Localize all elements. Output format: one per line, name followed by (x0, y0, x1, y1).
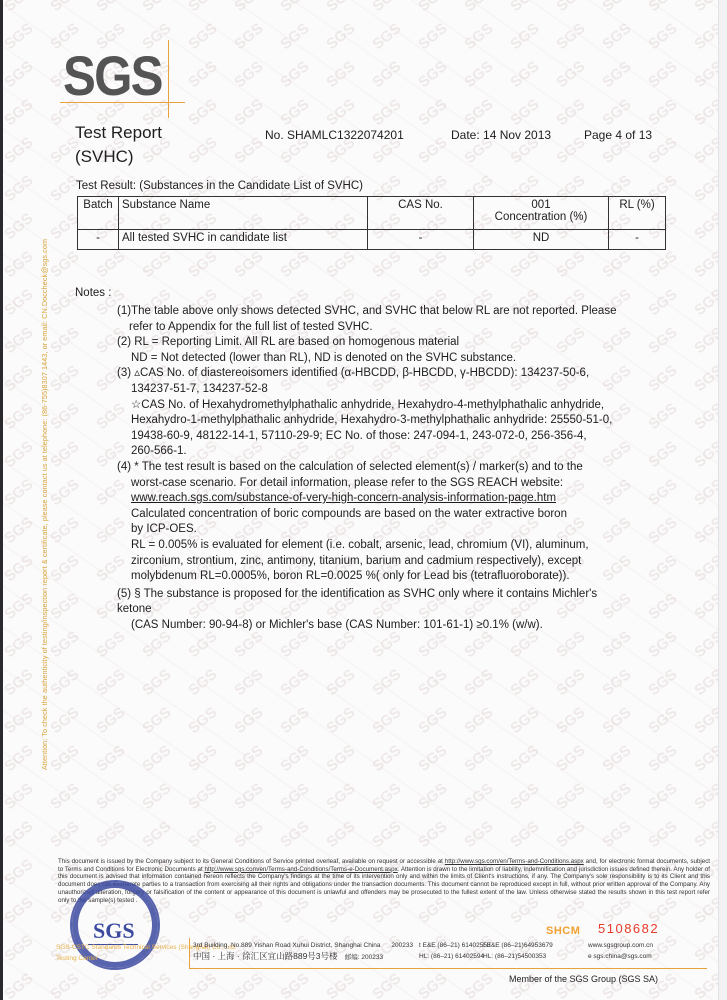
address-block: 3rd Building, No.889 Yishan Road Xuhui D… (193, 940, 413, 963)
stamp-logo-text: SGS (93, 918, 135, 944)
serial-number: 5108682 (598, 921, 659, 936)
note-1-line1: (1)The table above only shows detected S… (117, 304, 617, 320)
note-4-line1: (4) * The test result is based on the ca… (117, 460, 617, 476)
report-number: No. SHAMLC1322074201 (265, 128, 404, 142)
legal-disclaimer: This document is issued by the Company s… (58, 858, 710, 904)
note-3-line2: 134237-51-7, 134237-52-8 (117, 382, 617, 398)
svhc-result-table: Batch Substance Name CAS No. 001 Concent… (77, 196, 666, 250)
note-4-line7: molybdenum RL=0.0005%, boron RL=0.0025 %… (117, 569, 617, 585)
note-4-link-line: www.reach.sgs.com/substance-of-very-high… (117, 491, 617, 507)
page-number: Page 4 of 13 (584, 128, 652, 142)
fax-hl: HL: (86–21)54500353 (483, 951, 553, 962)
note-4-line2: worst-case scenario. For detail informat… (117, 476, 617, 492)
web-email-block: www.sgsgroup.com.cn e sgs.china@sgs.com (588, 940, 653, 962)
note-3-line1: (3) ▵CAS No. of diastereoisomers identif… (117, 366, 617, 382)
fax-ee: f E&E (86–21)64953679 (483, 940, 553, 951)
note-3-line5: 19438-60-9, 48122-14-1, 57110-29-9; EC N… (117, 429, 617, 445)
cell-concentration: ND (474, 230, 609, 250)
terms-link[interactable]: http://www.sgs.com/en/Terms-and-Conditio… (445, 858, 584, 865)
note-4-line6: zirconium, strontium, zinc, antimony, ti… (117, 554, 617, 570)
email[interactable]: e sgs.china@sgs.com (588, 951, 653, 962)
note-3-line6: 260-566-1. (117, 444, 617, 460)
member-text: Member of the SGS Group (SGS SA) (509, 974, 658, 984)
col-concentration: 001 Concentration (%) (474, 197, 609, 230)
note-4-line4: by ICP-OES. (117, 522, 617, 538)
concentration-label: Concentration (%) (477, 211, 605, 223)
scan-left-edge (0, 0, 3, 1000)
sgs-logo: SGS (63, 48, 162, 104)
phone-block: t E&E (86–21) 61402553 HL: (86–21) 61402… (419, 940, 491, 962)
logo-vertical-rule (168, 40, 169, 118)
authenticity-side-note: Attention: To check the authenticity of … (40, 170, 49, 770)
cell-cas: - (368, 230, 474, 250)
fax-block: f E&E (86–21)64953679 HL: (86–21)5450035… (483, 940, 553, 962)
note-3-line4: Hexahydro-1-methylphathalic anhydride, H… (117, 413, 617, 429)
website[interactable]: www.sgsgroup.com.cn (588, 940, 653, 951)
cell-rl: - (609, 230, 666, 250)
shcm-label: SHCM (546, 925, 580, 937)
report-title-line1: Test Report (75, 121, 162, 145)
logo-horizontal-rule (60, 102, 185, 103)
tel-ee: t E&E (86–21) 61402553 (419, 940, 491, 951)
scan-right-edge (718, 0, 727, 1000)
tel-hl: HL: (86–21) 61402594 (419, 951, 491, 962)
address-divider (189, 938, 190, 968)
col-cas-no: CAS No. (368, 197, 474, 230)
result-caption: Test Result: (Substances in the Candidat… (76, 180, 363, 192)
note-5-line1: (5) § The substance is proposed for the … (117, 587, 617, 618)
report-date: Date: 14 Nov 2013 (451, 128, 551, 142)
note-2-line1: (2) RL = Reporting Limit. All RL are bas… (117, 335, 617, 351)
footer-rule (189, 968, 707, 969)
col-substance-name: Substance Name (119, 197, 368, 230)
note-4-line3: Calculated concentration of boric compou… (117, 507, 617, 523)
note-3-line3: ☆CAS No. of Hexahydromethylphathalic anh… (117, 398, 617, 414)
notes-label: Notes : (75, 287, 111, 299)
notes-list: (1)The table above only shows detected S… (117, 304, 617, 633)
sgs-reach-link[interactable]: www.reach.sgs.com/substance-of-very-high… (131, 492, 556, 504)
report-title: Test Report (SVHC) (75, 121, 162, 169)
postcode-en: 200233 (391, 942, 413, 949)
postcode-cn: 邮编: 200233 (345, 954, 383, 961)
e-document-terms-link[interactable]: http://www.sgs.com/en/Terms-and-Conditio… (204, 866, 397, 873)
note-1-line2: refer to Appendix for the full list of t… (117, 320, 617, 336)
report-title-line2: (SVHC) (75, 145, 162, 169)
note-5-line2: (CAS Number: 90-94-8) or Michler's base … (117, 618, 617, 634)
table-header-row: Batch Substance Name CAS No. 001 Concent… (78, 197, 666, 230)
disclaimer-text-1: This document is issued by the Company s… (58, 858, 445, 865)
cell-batch: - (78, 230, 119, 250)
col-rl: RL (%) (609, 197, 666, 230)
table-row: - All tested SVHC in candidate list - ND… (78, 230, 666, 250)
address-en: 3rd Building, No.889 Yishan Road Xuhui D… (193, 942, 381, 949)
sample-id: 001 (477, 199, 605, 211)
note-2-line2: ND = Not detected (lower than RL), ND is… (117, 351, 617, 367)
cell-substance: All tested SVHC in candidate list (119, 230, 368, 250)
note-4-line5: RL = 0.005% is evaluated for element (i.… (117, 538, 617, 554)
col-batch: Batch (78, 197, 119, 230)
address-cn: 中国 · 上海 · 徐汇区宜山路889号3号楼 (193, 951, 338, 961)
